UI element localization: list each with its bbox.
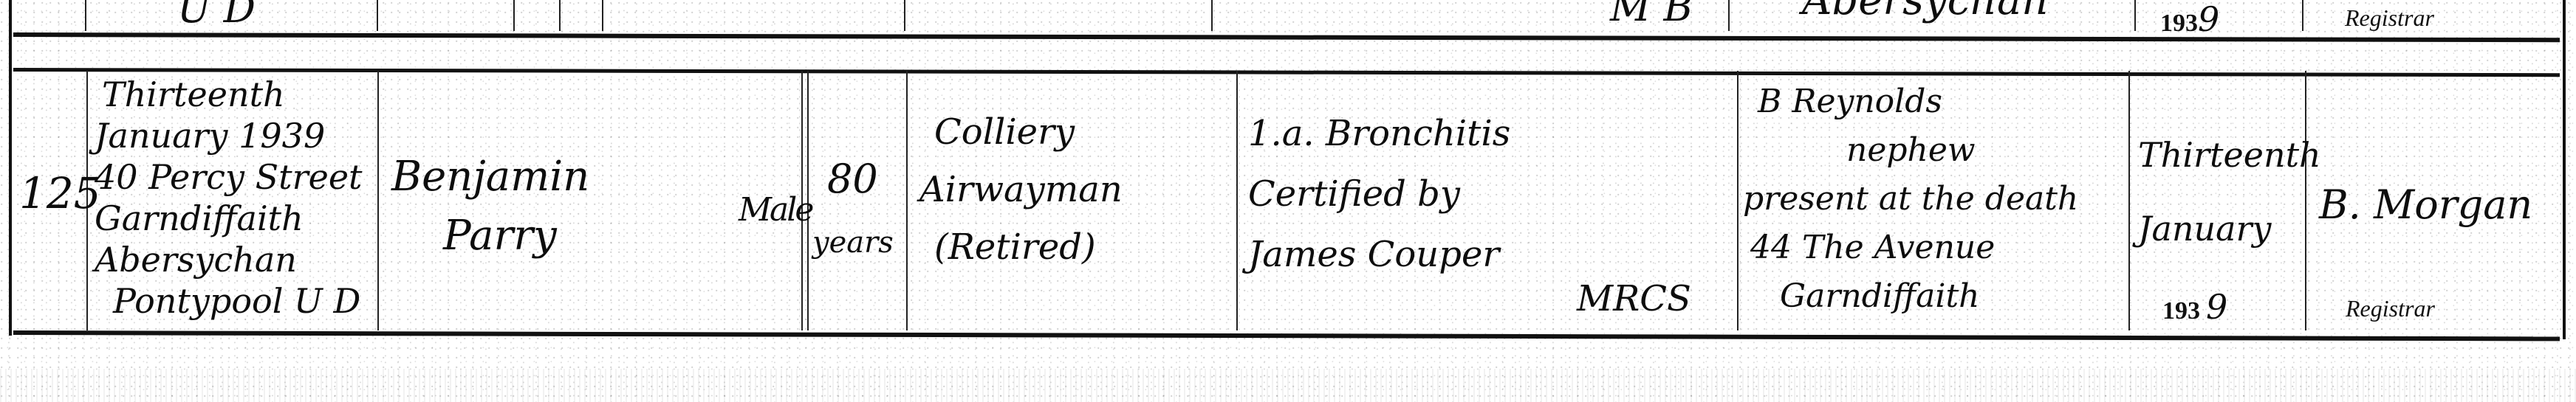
right-border bbox=[2563, 0, 2566, 339]
prev-col-divider bbox=[513, 0, 515, 31]
sex-cell: Male bbox=[739, 193, 812, 227]
died-line: Abersychan bbox=[95, 239, 363, 280]
cause-line: James Couper bbox=[1248, 224, 1510, 285]
informant-line: 44 The Avenue bbox=[1743, 223, 2078, 272]
prev-col-divider bbox=[559, 0, 561, 31]
left-border bbox=[9, 0, 12, 336]
informant: B Reynolds nephew present at the death 4… bbox=[1743, 77, 2078, 321]
prev-col-divider bbox=[1728, 0, 1730, 31]
year-printed: 193 bbox=[2162, 297, 2200, 325]
died-line: January 1939 bbox=[95, 115, 363, 156]
occupation-line: Airwayman bbox=[919, 161, 1123, 218]
prev-col-divider bbox=[377, 0, 378, 31]
registration-year: 1939 bbox=[2162, 289, 2227, 325]
when-registered: Thirteenth January bbox=[2138, 118, 2321, 266]
occupation-line: Colliery bbox=[919, 103, 1123, 161]
informant-line: B Reynolds bbox=[1743, 77, 2078, 126]
rule-entry-top bbox=[13, 68, 2560, 77]
cause-of-death: 1.a. Bronchitis Certified by James Coupe… bbox=[1248, 103, 1510, 285]
prev-col-divider bbox=[904, 0, 905, 31]
registrar-signature: B. Morgan bbox=[2319, 184, 2532, 226]
age: 80 years bbox=[812, 148, 894, 274]
prev-col-divider bbox=[2134, 0, 2136, 31]
col-divider-after-occupation bbox=[1236, 71, 1238, 330]
prev-col-divider bbox=[85, 0, 86, 31]
prev-col-divider bbox=[1211, 0, 1213, 31]
age-unit: years bbox=[812, 211, 894, 274]
prev-informant-tail: M B bbox=[1610, 0, 1693, 29]
informant-line: present at the death bbox=[1743, 175, 2078, 223]
prev-informant-address-tail: Abersychan bbox=[1802, 0, 2048, 23]
prev-registration-year: 1939 bbox=[2160, 1, 2219, 38]
age-number: 80 bbox=[812, 148, 894, 211]
registered-month: January bbox=[2138, 192, 2321, 266]
prev-residence-tail: U D bbox=[177, 0, 256, 30]
when-and-where-died: Thirteenth January 1939 40 Percy Street … bbox=[95, 74, 363, 322]
col-divider-after-cause bbox=[1737, 71, 1739, 330]
prev-year-handwritten: 9 bbox=[2198, 0, 2219, 39]
first-name: Benjamin bbox=[391, 148, 589, 207]
cause-line: Certified by bbox=[1248, 164, 1510, 224]
prev-col-divider bbox=[602, 0, 603, 31]
col-divider-after-informant bbox=[2128, 71, 2130, 330]
name-and-surname: Benjamin Parry bbox=[391, 148, 589, 266]
prev-col-divider bbox=[2302, 0, 2303, 31]
year-handwritten: 9 bbox=[2200, 287, 2227, 327]
entry-number: 125 bbox=[19, 171, 101, 216]
registered-day: Thirteenth bbox=[2138, 118, 2321, 192]
col-divider-after-age bbox=[906, 71, 908, 330]
prev-year-printed: 193 bbox=[2160, 10, 2198, 37]
died-line: 40 Percy Street bbox=[95, 156, 363, 198]
surname: Parry bbox=[391, 207, 589, 266]
informant-line: Garndiffaith bbox=[1743, 272, 2078, 321]
cause-line: 1.a. Bronchitis bbox=[1248, 103, 1510, 164]
page-edge-noise bbox=[0, 369, 2576, 402]
informant-line: nephew bbox=[1743, 126, 2078, 175]
occupation-line: (Retired) bbox=[919, 218, 1123, 276]
registrar-label: Registrar bbox=[2346, 295, 2435, 322]
cause-qualification: MRCS bbox=[1577, 280, 1691, 317]
rule-entry-bottom bbox=[13, 330, 2560, 341]
died-line: Garndiffaith bbox=[95, 198, 363, 239]
col-divider-name bbox=[377, 71, 379, 330]
occupation: Colliery Airwayman (Retired) bbox=[919, 103, 1123, 276]
died-line: Thirteenth bbox=[95, 74, 363, 115]
died-line: Pontypool U D bbox=[95, 280, 363, 322]
prev-registrar-label: Registrar bbox=[2345, 4, 2434, 32]
